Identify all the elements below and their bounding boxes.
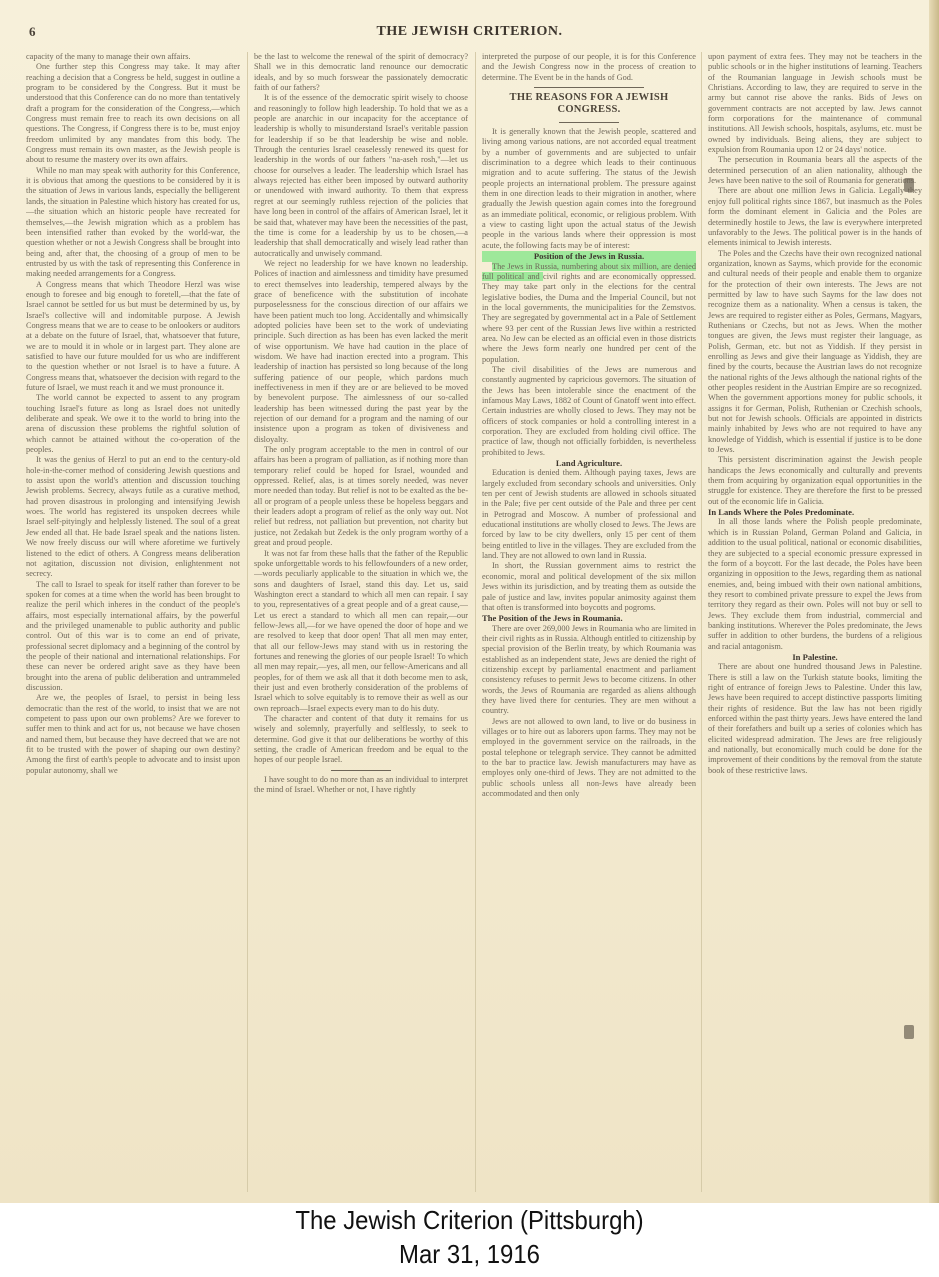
subhead-roumania: The Position of the Jews in Roumania. — [482, 613, 696, 623]
paragraph: interpreted the purpose of our people, i… — [482, 52, 696, 83]
newspaper-page: 6 THE JEWISH CRITERION. capacity of the … — [0, 0, 939, 1203]
section-rule — [534, 87, 644, 88]
paragraph: It is of the essence of the democratic s… — [254, 93, 468, 259]
paragraph: It was not far from these halls that the… — [254, 549, 468, 715]
page-edge — [929, 0, 939, 1203]
subhead-russia: Position of the Jews in Russia. — [482, 251, 696, 261]
paragraph: The only program acceptable to the men i… — [254, 445, 468, 548]
article-headline: THE REASONS FOR A JEWISH CONGRESS. — [482, 92, 696, 116]
column-divider — [701, 52, 702, 1192]
paragraph: capacity of the many to manage their own… — [26, 52, 240, 62]
paragraph: There are about one hundred thousand Jew… — [708, 662, 922, 776]
subhead-poles: In Lands Where the Poles Predominate. — [708, 507, 922, 517]
scan-artifact — [904, 1025, 914, 1039]
masthead: THE JEWISH CRITERION. — [0, 24, 939, 40]
subhead-land: Land Agriculture. — [482, 458, 696, 468]
paragraph: The call to Israel to speak for itself r… — [26, 580, 240, 694]
paragraph: In all those lands where the Polish peop… — [708, 517, 922, 651]
paragraph: The Poles and the Czechs have their own … — [708, 249, 922, 456]
page-header: 6 THE JEWISH CRITERION. — [0, 24, 939, 44]
paragraph: Are we, the peoples of Israel, to persis… — [26, 693, 240, 776]
column-divider — [475, 52, 476, 1192]
paragraph: Education is denied them. Although payin… — [482, 468, 696, 561]
image-caption: The Jewish Criterion (Pittsburgh) Mar 31… — [0, 1203, 939, 1271]
highlighted-text: The Jews in Russia, numbering about six … — [482, 262, 696, 281]
paragraph: The world cannot be expected to assent t… — [26, 393, 240, 455]
column-2: be the last to welcome the renewal of th… — [254, 52, 468, 1192]
caption-date: Mar 31, 1916 — [38, 1237, 902, 1271]
subhead-palestine: In Palestine. — [708, 652, 922, 662]
paragraph: We reject no leadership for we have know… — [254, 259, 468, 445]
paragraph: I have sought to do no more than as an i… — [254, 775, 468, 796]
paragraph: be the last to welcome the renewal of th… — [254, 52, 468, 93]
paragraph: One further step this Congress may take.… — [26, 62, 240, 165]
paragraph: While no man may speak with authority fo… — [26, 166, 240, 280]
column-4: upon payment of extra fees. They may not… — [708, 52, 922, 1192]
paragraph: The persecution in Roumania bears all th… — [708, 155, 922, 186]
paragraph: It is generally known that the Jewish pe… — [482, 127, 696, 251]
scan-artifact — [904, 178, 914, 192]
caption-title: The Jewish Criterion (Pittsburgh) — [38, 1203, 902, 1237]
paragraph: This persistent discrimination against t… — [708, 455, 922, 507]
column-3: interpreted the purpose of our people, i… — [482, 52, 696, 1192]
column-1: capacity of the many to manage their own… — [26, 52, 240, 1192]
paragraph: upon payment of extra fees. They may not… — [708, 52, 922, 155]
paragraph: A Congress means that which Theodore Her… — [26, 280, 240, 394]
paragraph: Jews are not allowed to own land, to liv… — [482, 717, 696, 800]
paragraph: The civil disabilities of the Jews are n… — [482, 365, 696, 458]
paragraph: It was the genius of Herzl to put an end… — [26, 455, 240, 579]
paragraph: In short, the Russian government aims to… — [482, 561, 696, 613]
paragraph: The Jews in Russia, numbering about six … — [482, 262, 696, 365]
column-divider — [247, 52, 248, 1192]
paragraph: There are about one million Jews in Gali… — [708, 186, 922, 248]
article-columns: capacity of the many to manage their own… — [26, 52, 926, 1192]
paragraph: There are over 269,000 Jews in Roumania … — [482, 624, 696, 717]
paragraph: The character and content of that duty i… — [254, 714, 468, 766]
section-rule — [559, 122, 619, 123]
section-rule — [331, 770, 391, 771]
